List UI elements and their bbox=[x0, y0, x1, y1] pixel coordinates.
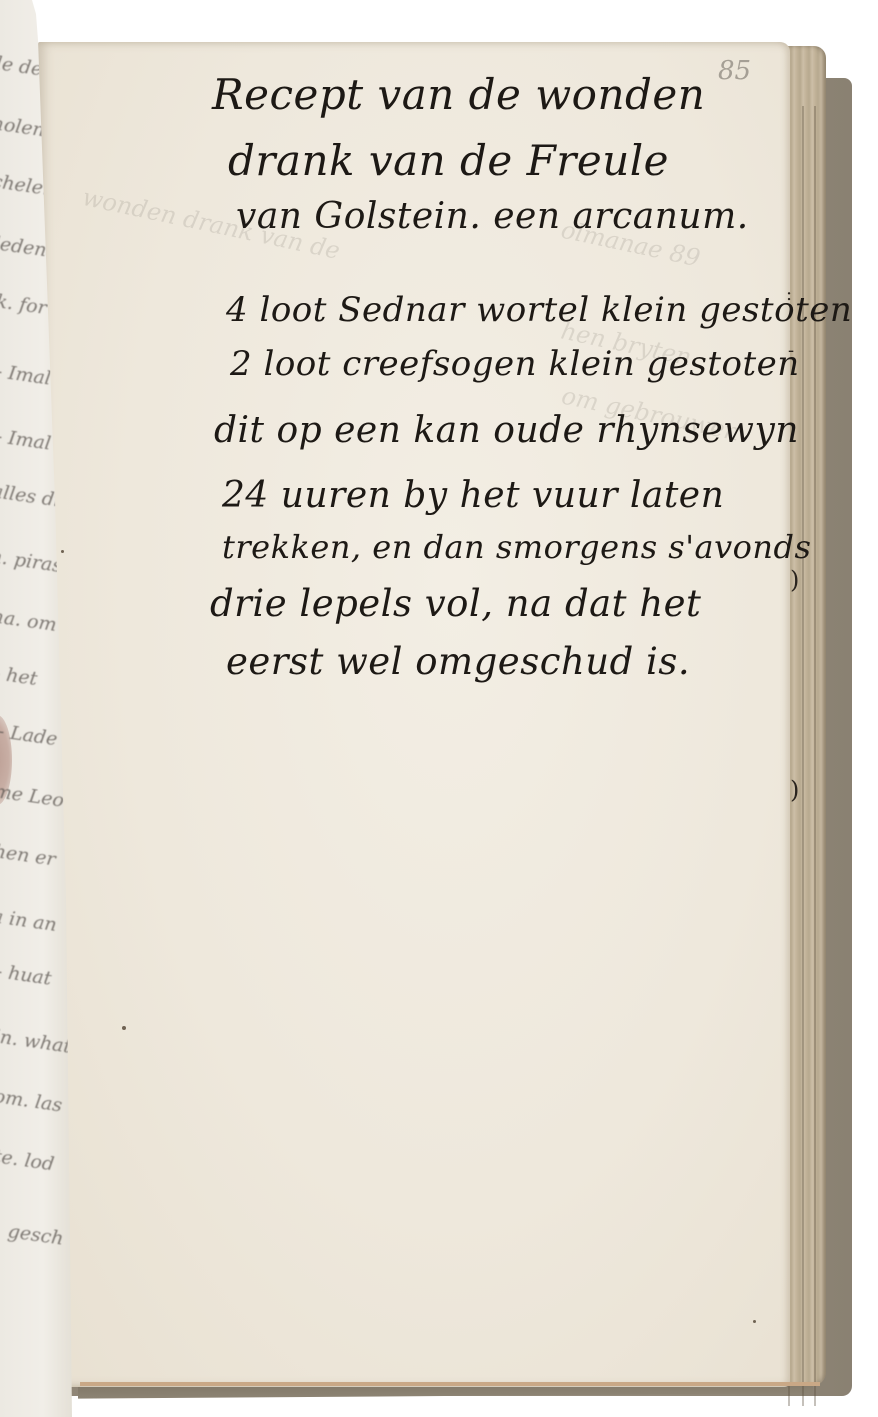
title-line: Recept van de wonden bbox=[212, 70, 705, 119]
left-page-fragment: - Imal bbox=[0, 425, 52, 454]
recipe-line: 2 loot creefsogen klein gestoten bbox=[230, 344, 800, 384]
left-page-fragment: - Imal bbox=[0, 360, 52, 389]
margin-mark: ) bbox=[790, 776, 799, 804]
recipe-line: drie lepels vol, na dat het bbox=[210, 582, 701, 625]
left-page-fragment: in. what bbox=[0, 1025, 72, 1058]
margin-mark: : bbox=[786, 284, 792, 305]
left-page-fragment: hen er bbox=[0, 840, 57, 870]
margin-mark: - bbox=[788, 340, 794, 361]
left-page-fragment: - huat bbox=[0, 960, 53, 990]
left-page-fragment: le de bbox=[0, 52, 44, 80]
page-number: 85 bbox=[718, 56, 751, 86]
left-page-fragment: k. for bbox=[0, 290, 48, 319]
paper-spot bbox=[753, 1320, 756, 1323]
left-page-fragment: ha. om bbox=[0, 605, 58, 636]
left-page-fragment: - het bbox=[0, 662, 39, 690]
left-page-fragment: holen bbox=[0, 112, 46, 141]
paper-spot bbox=[122, 1026, 126, 1030]
left-page-fragment: alles di bbox=[0, 480, 62, 511]
recipe-line: 4 loot Sednar wortel klein gestoten bbox=[226, 290, 852, 330]
margin-mark: ) bbox=[790, 566, 799, 594]
left-page-fragment: a in an bbox=[0, 905, 58, 936]
recipe-line: eerst wel omgeschud is. bbox=[226, 640, 690, 683]
left-page-fragment: me Leon bbox=[0, 780, 72, 813]
title-line: drank van de Freule bbox=[228, 136, 669, 185]
left-page-fragment: gesch bbox=[6, 1220, 65, 1250]
left-page-fragment: te. lod bbox=[0, 1145, 56, 1175]
recipe-line: dit op een kan oude rhynsewyn bbox=[214, 410, 799, 451]
left-page-fragment: om. las bbox=[0, 1085, 64, 1116]
paper-spot bbox=[61, 550, 64, 553]
page-bottom-edge bbox=[80, 1382, 820, 1386]
recipe-line: 24 uuren by het vuur laten bbox=[222, 475, 724, 516]
title-line: van Golstein. een arcanum. bbox=[236, 196, 749, 237]
recipe-line: trekken, en dan smorgens s'avonds bbox=[222, 528, 811, 566]
